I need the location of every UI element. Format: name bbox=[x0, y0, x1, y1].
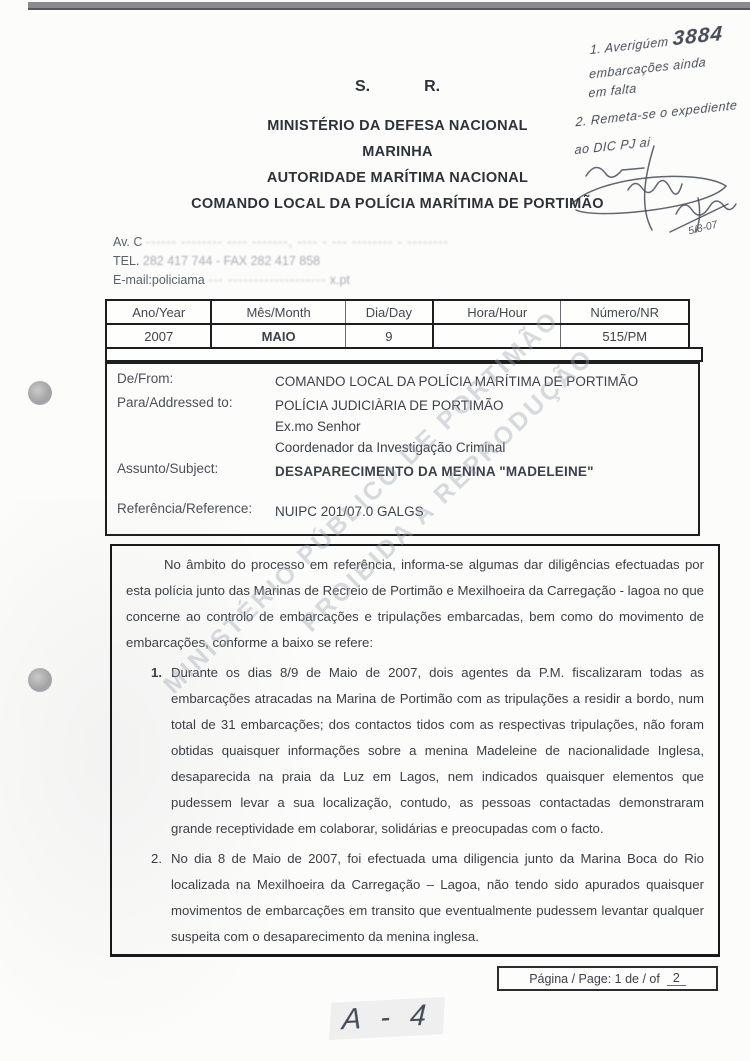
page-value: 2 bbox=[667, 971, 686, 986]
authority-title: AUTORIDADE MARÍTIMA NACIONAL bbox=[85, 170, 710, 186]
column-header: Hora/Hour bbox=[433, 300, 561, 324]
page-number-box: Página / Page: 1 de / of 2 bbox=[497, 966, 718, 991]
classification-left: S. bbox=[355, 78, 370, 96]
column-header: Dia/Day bbox=[345, 300, 433, 324]
tel-prefix: TEL. bbox=[113, 254, 143, 268]
year-cell: 2007 bbox=[106, 324, 211, 348]
navy-title: MARINHA bbox=[85, 144, 710, 160]
report-body-box: No âmbito do processo em referência, inf… bbox=[110, 544, 720, 957]
item-number: 2. bbox=[144, 846, 162, 950]
to-label: Para/Addressed to: bbox=[117, 395, 275, 458]
table-header-row: Ano/Year Mês/Month Dia/Day Hora/Hour Núm… bbox=[106, 300, 689, 324]
to-salutation: Ex.mo Senhor bbox=[275, 416, 688, 437]
column-header: Mês/Month bbox=[211, 300, 345, 324]
tel-faded: 282 417 744 - FAX 282 417 858 bbox=[143, 254, 320, 268]
list-item: 1. Durante os dias 8/9 de Maio de 2007, … bbox=[144, 660, 704, 842]
day-cell: 9 bbox=[345, 324, 433, 348]
contact-block: Av. C ------ -------- ---- -------, ----… bbox=[113, 233, 449, 289]
month-cell: MAIO bbox=[211, 324, 345, 348]
ministry-title: MINISTÉRIO DA DEFESA NACIONAL bbox=[85, 118, 710, 134]
reference-row: Referência/Reference: NUIPC 201/07.0 GAL… bbox=[117, 501, 688, 522]
address-faded: ------ -------- ---- -------, ---- - ---… bbox=[146, 235, 449, 249]
subject-label: Assunto/Subject: bbox=[117, 461, 275, 482]
reference-label: Referência/Reference: bbox=[117, 501, 275, 522]
number-cell: 515/PM bbox=[561, 324, 689, 348]
item-text: No dia 8 de Maio de 2007, foi efectuada … bbox=[171, 846, 704, 950]
punch-hole bbox=[28, 381, 52, 405]
email-suffix: x.pt bbox=[330, 273, 350, 287]
from-value: COMANDO LOCAL DA POLÍCIA MARÍTIMA DE POR… bbox=[275, 371, 688, 392]
table-value-row: 2007 MAIO 9 515/PM bbox=[106, 324, 689, 348]
intro-paragraph: No âmbito do processo em referência, inf… bbox=[126, 552, 704, 656]
punch-hole bbox=[28, 668, 52, 692]
empty-strip-box bbox=[105, 347, 703, 362]
email-faded: --- ------------------- bbox=[208, 273, 326, 287]
handwriting-number: 3884 bbox=[672, 22, 723, 51]
subject-row: Assunto/Subject: DESAPARECIMENTO DA MENI… bbox=[117, 461, 688, 482]
hour-cell bbox=[433, 324, 561, 348]
to-role: Coordenador da Investigação Criminal bbox=[275, 437, 688, 458]
scan-edge-artifact bbox=[28, 2, 750, 10]
column-header: Número/NR bbox=[561, 300, 689, 324]
from-row: De/From: COMANDO LOCAL DA POLÍCIA MARÍTI… bbox=[117, 371, 688, 392]
classification-right: R. bbox=[424, 78, 440, 96]
command-title: COMANDO LOCAL DA POLÍCIA MARÍTIMA DE POR… bbox=[85, 196, 710, 212]
address-prefix: Av. C bbox=[113, 235, 142, 249]
page-label: Página / Page: 1 de / of bbox=[529, 972, 660, 986]
to-row: Para/Addressed to: POLÍCIA JUDICIÀRIA DE… bbox=[117, 395, 688, 458]
email-prefix: E-mail:policiama bbox=[113, 273, 205, 287]
handwriting-text: 1. Averigúem bbox=[590, 35, 669, 57]
address-line: Av. C ------ -------- ---- -------, ----… bbox=[113, 233, 449, 252]
list-item: 2. No dia 8 de Maio de 2007, foi efectua… bbox=[144, 846, 704, 950]
column-header: Ano/Year bbox=[106, 300, 211, 324]
message-header-box: De/From: COMANDO LOCAL DA POLÍCIA MARÍTI… bbox=[105, 362, 700, 536]
date-number-table: Ano/Year Mês/Month Dia/Day Hora/Hour Núm… bbox=[105, 299, 690, 349]
item-text: Durante os dias 8/9 de Maio de 2007, doi… bbox=[171, 660, 704, 842]
phone-line: TEL. 282 417 744 - FAX 282 417 858 bbox=[113, 252, 449, 271]
to-org: POLÍCIA JUDICIÀRIA DE PORTIMÃO bbox=[275, 395, 688, 416]
reference-value: NUIPC 201/07.0 GALGS bbox=[275, 501, 688, 522]
item-number: 1. bbox=[144, 660, 162, 842]
letterhead: MINISTÉRIO DA DEFESA NACIONAL MARINHA AU… bbox=[85, 118, 710, 222]
scanned-document-page: 1. Averigúem 3884 embarcações ainda em f… bbox=[0, 0, 750, 1061]
subject-value: DESAPARECIMENTO DA MENINA "MADELEINE" bbox=[275, 461, 688, 482]
email-line: E-mail:policiama --- -------------------… bbox=[113, 271, 449, 290]
to-value: POLÍCIA JUDICIÀRIA DE PORTIMÃO Ex.mo Sen… bbox=[275, 395, 688, 458]
handwritten-page-mark: A - 4 bbox=[329, 997, 445, 1040]
from-label: De/From: bbox=[117, 371, 275, 392]
classification-marks: S. R. bbox=[105, 78, 690, 96]
